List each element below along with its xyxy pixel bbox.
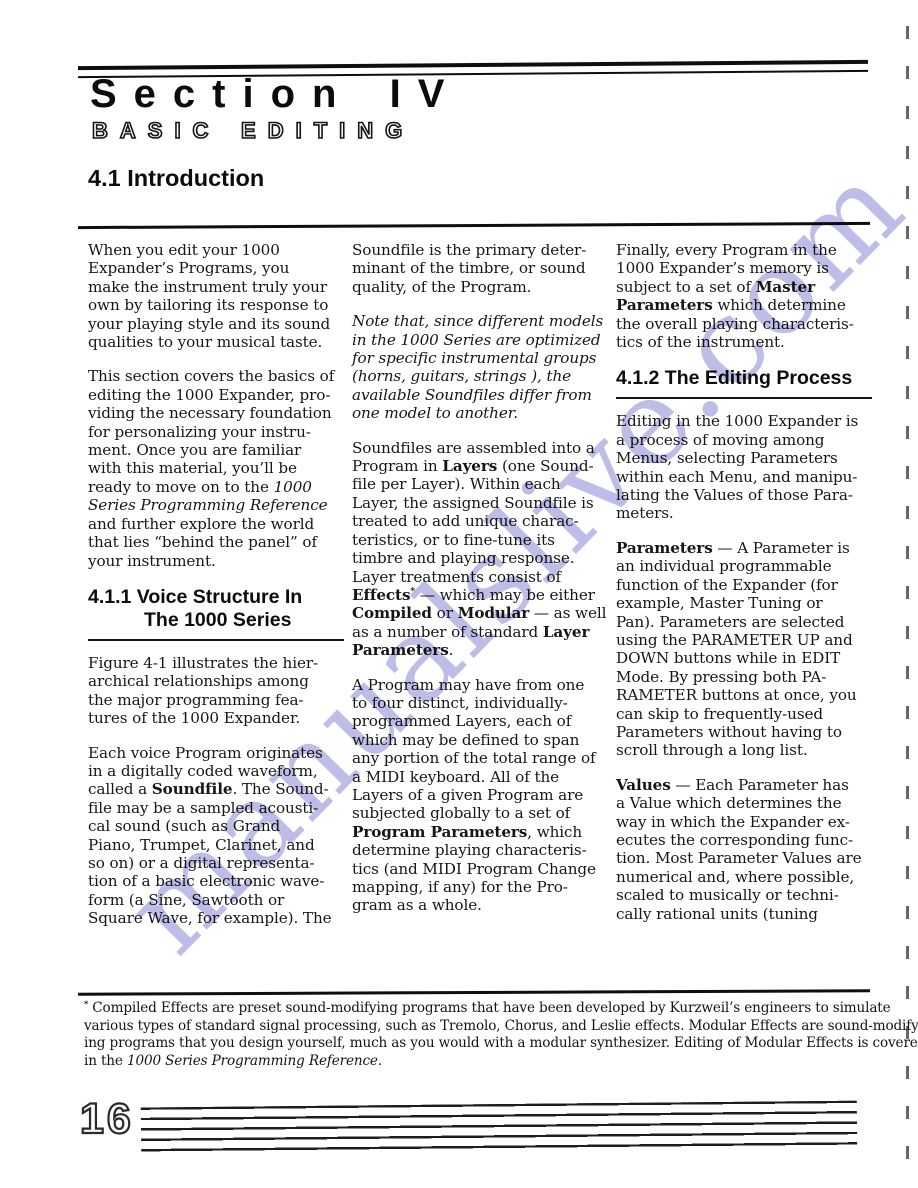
top-rule-primary — [78, 60, 868, 70]
col3-paragraph-2: Editing in the 1000 Expander is a proces… — [616, 412, 872, 522]
section-subtitle: Basic Editing — [92, 112, 414, 143]
column-2: Soundfile is the primary deter- minant o… — [352, 241, 608, 944]
col3-paragraph-1: Finally, every Program in the 1000 Expan… — [616, 241, 872, 351]
heading-411-line1: 4.1.1 Voice Structure In — [88, 586, 302, 608]
col1-paragraph-1: When you edit your 1000 Expander’s Progr… — [88, 241, 344, 351]
three-column-body: When you edit your 1000 Expander’s Progr… — [88, 241, 870, 944]
heading-411-line2: The 1000 Series — [88, 609, 344, 632]
heading-412-line1: 4.1.2 The Editing Process — [616, 367, 852, 389]
col1-paragraph-4: Each voice Program originates in a digit… — [88, 744, 344, 928]
col2-paragraph-3: Soundfiles are assembled into a Program … — [352, 439, 608, 660]
column-3: Finally, every Program in the 1000 Expan… — [616, 241, 872, 944]
intro-divider-rule — [78, 222, 870, 229]
col2-paragraph-2-note: Note that, since different models in the… — [352, 312, 608, 422]
intro-heading: 4.1 Introduction — [88, 167, 264, 191]
footer-horizontal-lines — [141, 1101, 857, 1155]
column-1: When you edit your 1000 Expander’s Progr… — [88, 241, 344, 944]
subsection-heading-412: 4.1.2 The Editing Process — [616, 367, 872, 399]
col3-paragraph-4: Values — Each Parameter has a Value whic… — [616, 776, 872, 923]
scan-edge-marks — [906, 26, 909, 1166]
col1-paragraph-2: This section covers the basics of editin… — [88, 367, 344, 569]
scanned-manual-page: manualslive.com Section IV Basic Editing… — [0, 0, 918, 1188]
page-number: 16 — [80, 1098, 134, 1141]
section-title: Section IV — [90, 74, 461, 114]
footnote-divider-rule — [78, 989, 870, 995]
col2-paragraph-1: Soundfile is the primary deter- minant o… — [352, 241, 608, 296]
col2-paragraph-4: A Program may have from one to four dist… — [352, 676, 608, 915]
col3-paragraph-3: Parameters — A Parameter is an individua… — [616, 539, 872, 760]
subsection-heading-411: 4.1.1 Voice Structure InThe 1000 Series — [88, 586, 344, 641]
col1-paragraph-3: Figure 4-1 illustrates the hier- archica… — [88, 654, 344, 728]
footnote-text: * Compiled Effects are preset sound-modi… — [84, 1000, 884, 1070]
